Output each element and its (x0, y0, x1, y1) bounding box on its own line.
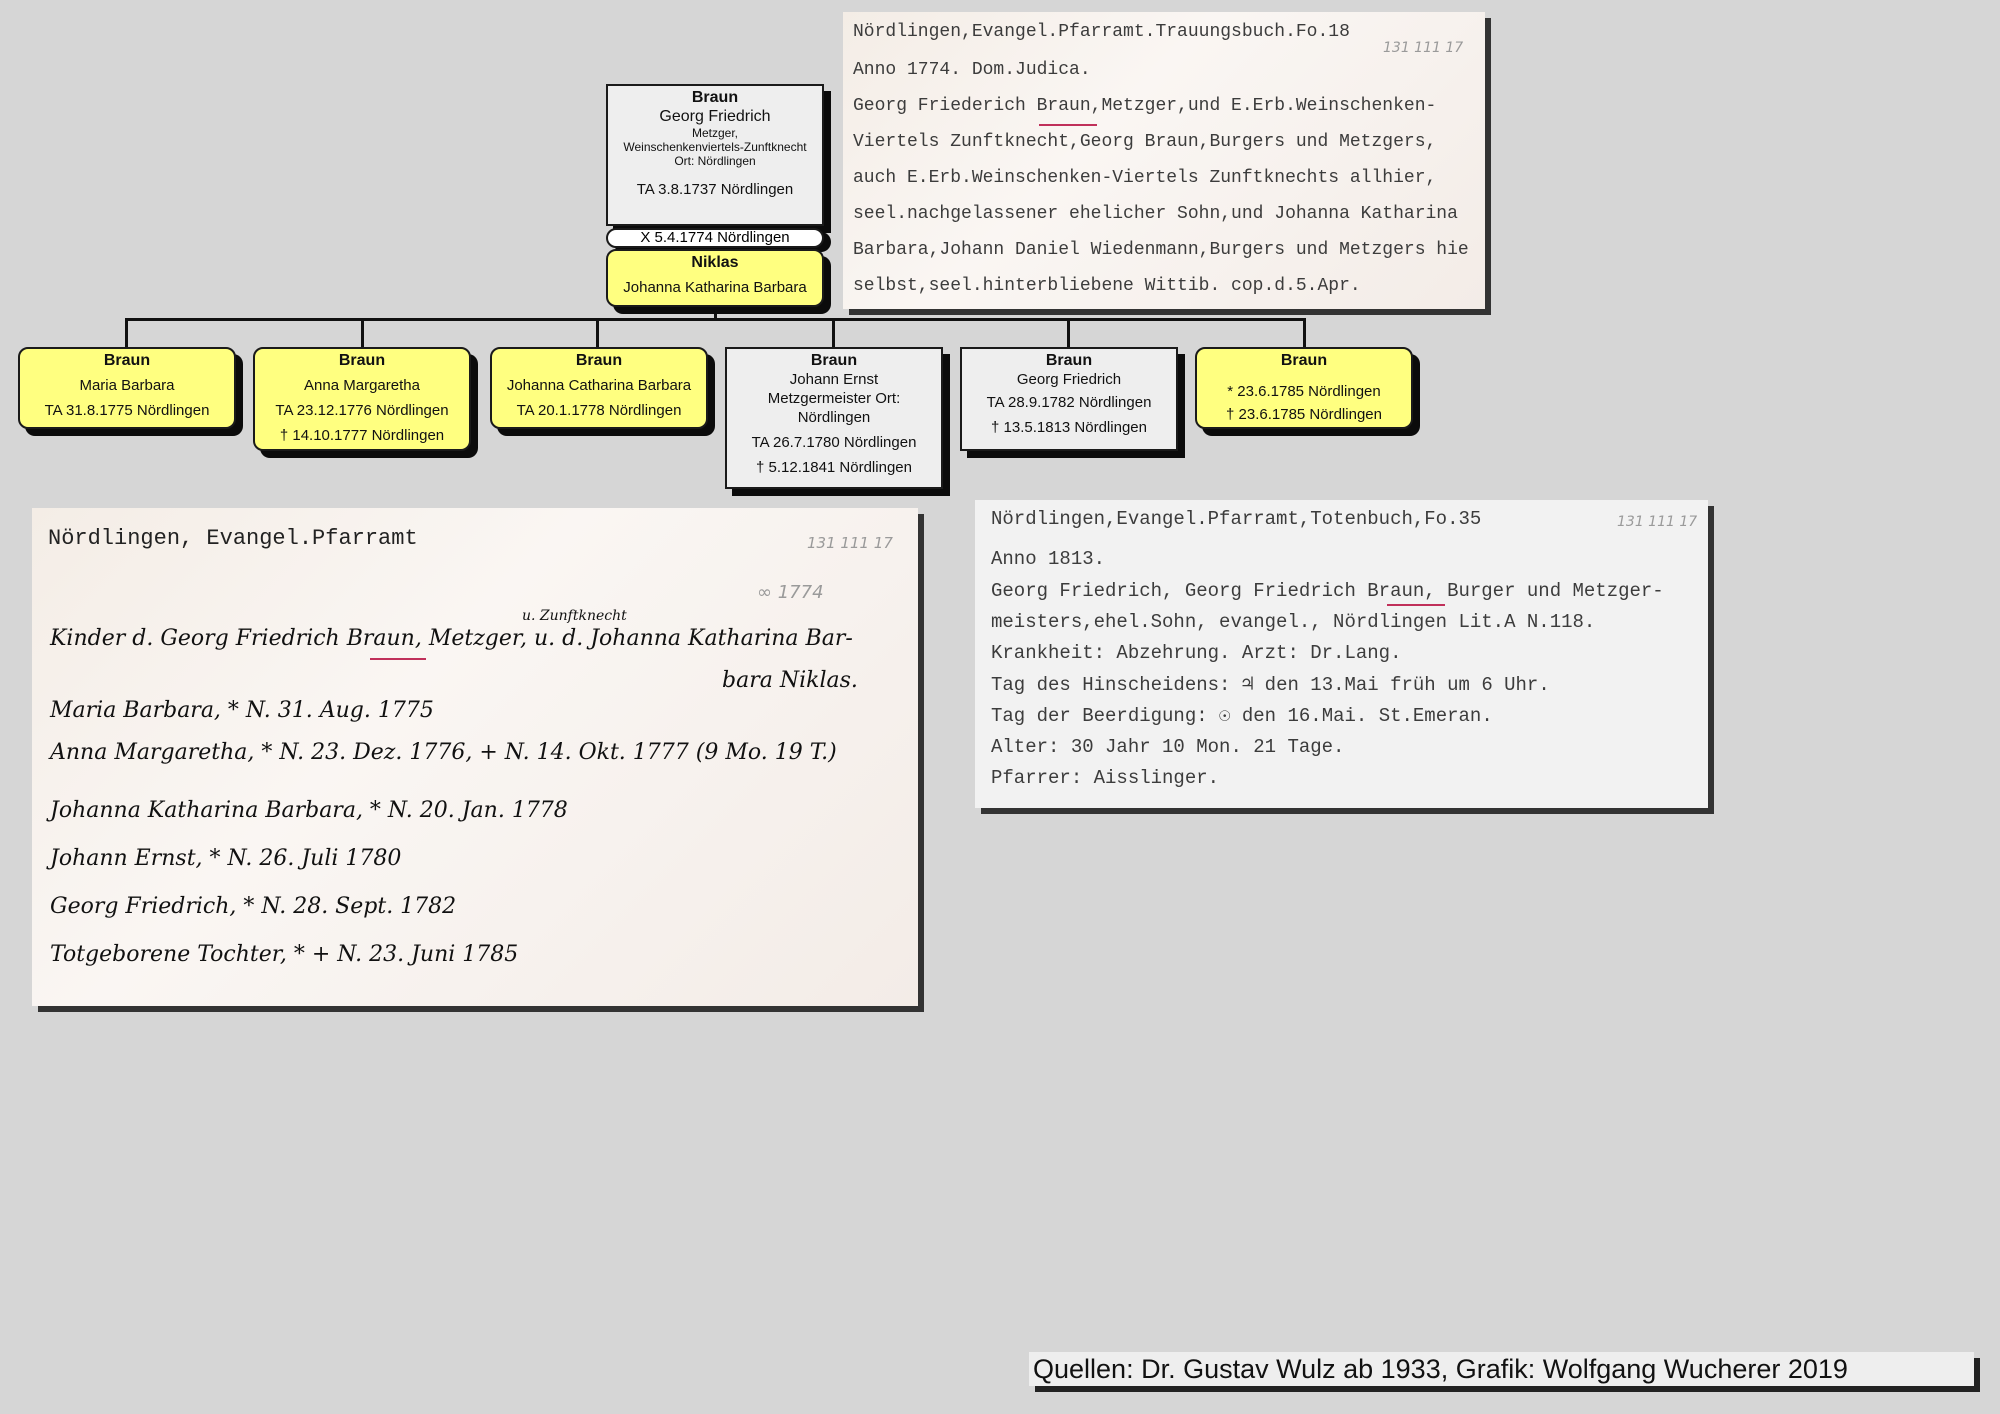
card-line: Tag der Beerdigung: ☉ den 16.Mai. St.Eme… (991, 704, 1493, 727)
card-header: Nördlingen,Evangel.Pfarramt,Totenbuch,Fo… (991, 508, 1481, 530)
card-line: Pfarrer: Aisslinger. (991, 767, 1219, 789)
child-given-name: Georg Friedrich (962, 370, 1176, 389)
child-baptism: TA 31.8.1775 Nördlingen (20, 401, 234, 420)
highlight-underline (1039, 124, 1097, 126)
connector-child-4 (832, 318, 835, 348)
mother-surname: Niklas (608, 253, 822, 272)
death-record-card: Nördlingen,Evangel.Pfarramt,Totenbuch,Fo… (975, 500, 1708, 808)
child-occupation: Metzgermeister Ort: (727, 389, 941, 408)
connector-child-3 (596, 318, 599, 348)
handwritten-line: Johanna Katharina Barbara, * N. 20. Jan.… (50, 798, 568, 823)
child-given-name: Johanna Catharina Barbara (492, 376, 706, 395)
child-occupation-2: Nördlingen (727, 408, 941, 427)
child-given-name: Johann Ernst (727, 370, 941, 389)
child-surname: Braun (727, 351, 941, 370)
handwritten-line: Totgeborene Tochter, * + N. 23. Juni 178… (50, 942, 518, 967)
marriage-record-card: Nördlingen,Evangel.Pfarramt.Trauungsbuch… (843, 12, 1485, 309)
card-line: auch E.Erb.Weinschenken-Viertels Zunftkn… (853, 168, 1436, 188)
handwritten-superscript: u. Zunftknecht (522, 608, 627, 624)
child-surname: Braun (962, 351, 1176, 370)
father-occupation: Metzger, (608, 126, 822, 140)
handwritten-line: Maria Barbara, * N. 31. Aug. 1775 (50, 698, 434, 723)
connector-child-2 (361, 318, 364, 348)
card-line: seel.nachgelassener ehelicher Sohn,und J… (853, 204, 1458, 224)
person-box-child-2[interactable]: Braun Anna Margaretha TA 23.12.1776 Nörd… (253, 347, 471, 451)
person-box-mother[interactable]: Niklas Johanna Katharina Barbara (606, 249, 824, 307)
father-place: Ort: Nördlingen (608, 154, 822, 168)
child-given-name: Anna Margaretha (255, 376, 469, 395)
child-surname: Braun (492, 351, 706, 370)
card-line: Viertels Zunftknecht,Georg Braun,Burgers… (853, 132, 1436, 152)
pencil-signature: 131 111 17 (807, 534, 893, 552)
marriage-box[interactable]: X 5.4.1774 Nördlingen (606, 228, 824, 248)
card-header: Nördlingen,Evangel.Pfarramt.Trauungsbuch… (853, 22, 1350, 42)
pencil-signature: 131 111 17 (1617, 514, 1697, 530)
child-surname: Braun (1197, 351, 1411, 370)
person-box-child-4[interactable]: Braun Johann Ernst Metzgermeister Ort: N… (725, 347, 943, 489)
child-surname: Braun (255, 351, 469, 370)
pencil-marriage-year: ∞ 1774 (757, 582, 824, 603)
handwritten-line: Georg Friedrich, * N. 28. Sept. 1782 (50, 894, 456, 919)
child-baptism: TA 28.9.1782 Nördlingen (962, 393, 1176, 412)
person-box-child-5[interactable]: Braun Georg Friedrich TA 28.9.1782 Nördl… (960, 347, 1178, 451)
card-line: Barbara,Johann Daniel Wiedenmann,Burgers… (853, 240, 1469, 260)
mother-given-name: Johanna Katharina Barbara (608, 278, 822, 297)
child-death: † 14.10.1777 Nördlingen (255, 426, 469, 445)
card-line: Anno 1774. Dom.Judica. (853, 60, 1091, 80)
handwritten-line: bara Niklas. (722, 668, 858, 693)
card-line: Alter: 30 Jahr 10 Mon. 21 Tage. (991, 736, 1344, 758)
father-surname: Braun (608, 88, 822, 107)
children-record-card: Nördlingen, Evangel.Pfarramt 131 111 17 … (32, 508, 918, 1006)
child-baptism: TA 26.7.1780 Nördlingen (727, 433, 941, 452)
child-given-name: Maria Barbara (20, 376, 234, 395)
handwritten-line: Johann Ernst, * N. 26. Juli 1780 (50, 846, 401, 871)
handwritten-line: Kinder d. Georg Friedrich Braun, Metzger… (50, 626, 853, 651)
card-line: Anno 1813. (991, 548, 1105, 570)
connector-child-5 (1067, 318, 1070, 348)
child-baptism: TA 23.12.1776 Nördlingen (255, 401, 469, 420)
child-baptism: TA 20.1.1778 Nördlingen (492, 401, 706, 420)
father-occupation-2: Weinschenkenviertels-Zunftknecht (608, 140, 822, 154)
card-line: selbst,seel.hinterbliebene Wittib. cop.d… (853, 276, 1361, 296)
highlight-underline (1387, 604, 1445, 606)
child-death: † 5.12.1841 Nördlingen (727, 458, 941, 477)
handwritten-line: Anna Margaretha, * N. 23. Dez. 1776, + N… (50, 740, 837, 765)
card-line: Georg Friedrich, Georg Friedrich Braun, … (991, 580, 1664, 602)
person-box-child-3[interactable]: Braun Johanna Catharina Barbara TA 20.1.… (490, 347, 708, 429)
pencil-signature: 131 111 17 (1383, 40, 1463, 56)
card-line: Georg Friederich Braun,Metzger,und E.Erb… (853, 96, 1436, 116)
person-box-child-6[interactable]: Braun * 23.6.1785 Nördlingen † 23.6.1785… (1195, 347, 1413, 429)
connector-child-1 (125, 318, 128, 348)
child-surname: Braun (20, 351, 234, 370)
child-death: † 23.6.1785 Nördlingen (1197, 405, 1411, 424)
card-line: Krankheit: Abzehrung. Arzt: Dr.Lang. (991, 642, 1401, 664)
father-given-name: Georg Friedrich (608, 107, 822, 126)
person-box-child-1[interactable]: Braun Maria Barbara TA 31.8.1775 Nördlin… (18, 347, 236, 429)
person-box-father[interactable]: Braun Georg Friedrich Metzger, Weinschen… (606, 84, 824, 226)
connector-child-6 (1303, 318, 1306, 348)
card-line: meisters,ehel.Sohn, evangel., Nördlingen… (991, 611, 1595, 633)
source-credit: Quellen: Dr. Gustav Wulz ab 1933, Grafik… (1029, 1352, 1974, 1386)
child-death: † 13.5.1813 Nördlingen (962, 418, 1176, 437)
father-baptism: TA 3.8.1737 Nördlingen (608, 180, 822, 199)
card-header: Nördlingen, Evangel.Pfarramt (48, 526, 418, 551)
child-birth: * 23.6.1785 Nördlingen (1197, 382, 1411, 401)
card-line: Tag des Hinscheidens: ♃ den 13.Mai früh … (991, 673, 1550, 696)
connector-children-bar (125, 318, 1306, 321)
marriage-date: X 5.4.1774 Nördlingen (640, 229, 789, 246)
highlight-underline (370, 658, 426, 660)
